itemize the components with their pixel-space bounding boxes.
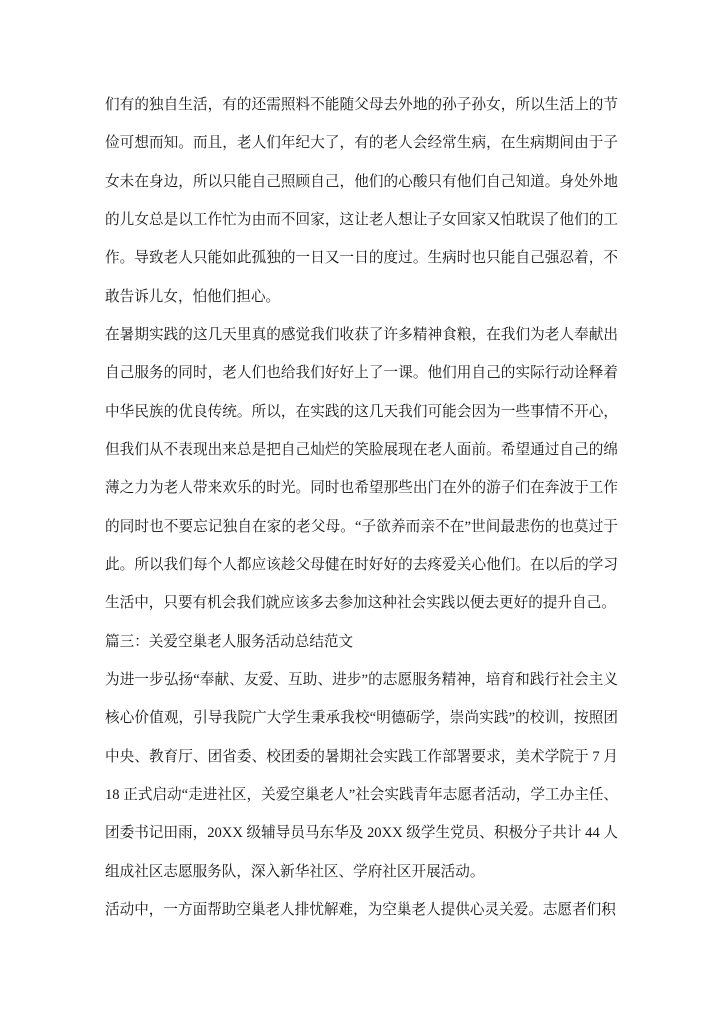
document-page: 们有的独自生活，有的还需照料不能随父母去外地的孙子孙女，所以生活上的节俭可想而知… (0, 0, 721, 1020)
paragraph: 们有的独自生活，有的还需照料不能随父母去外地的孙子孙女，所以生活上的节俭可想而知… (105, 86, 618, 316)
paragraph: 在暑期实践的这几天里真的感觉我们收获了许多精神食粮，在我们为老人奉献出自己服务的… (105, 316, 618, 623)
paragraph-section-heading: 篇三：关爱空巢老人服务活动总结范文 (105, 623, 618, 661)
paragraph: 为进一步弘扬“奉献、友爱、互助、进步”的志愿服务精神，培育和践行社会主义核心价值… (105, 661, 618, 891)
paragraph: 活动中，一方面帮助空巢老人排忧解难，为空巢老人提供心灵关爱。志愿者们积 (105, 891, 618, 929)
document-body: 们有的独自生活，有的还需照料不能随父母去外地的孙子孙女，所以生活上的节俭可想而知… (105, 86, 618, 929)
